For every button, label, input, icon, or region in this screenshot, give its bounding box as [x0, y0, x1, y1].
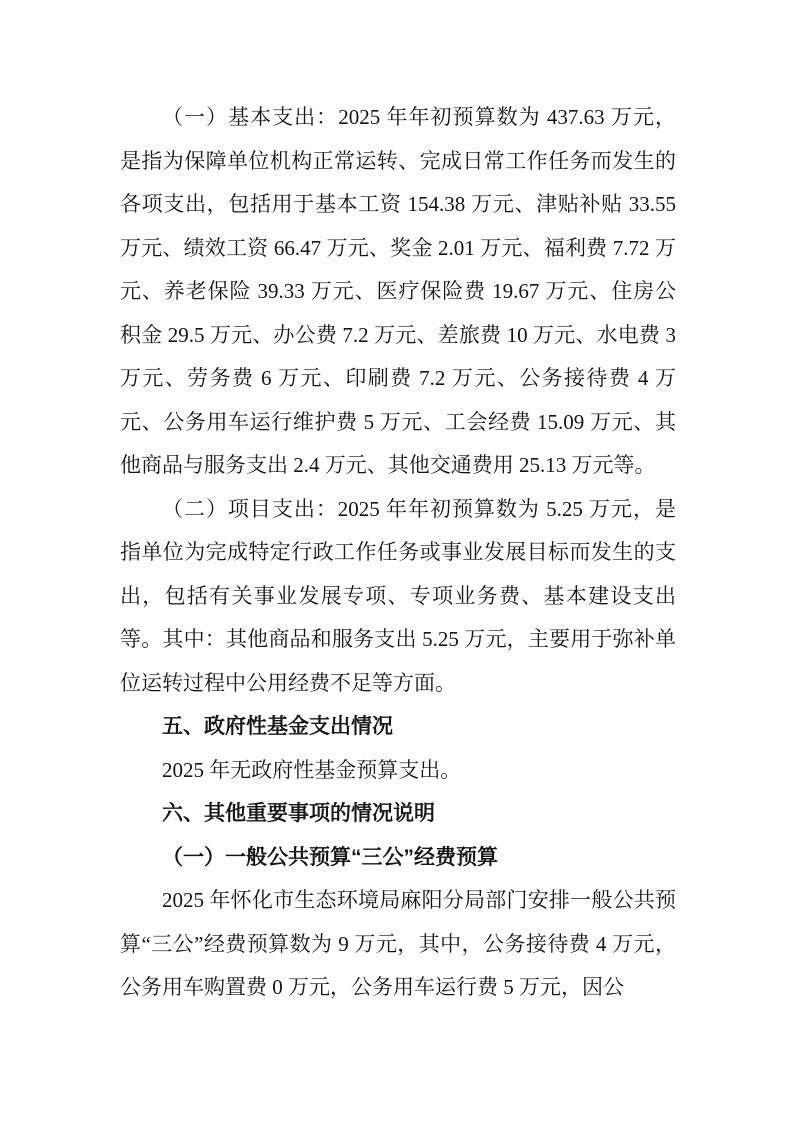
document-page: （一）基本支出：2025 年年初预算数为 437.63 万元，是指为保障单位机构… — [0, 0, 793, 1122]
heading-section-6-other-important-matters: 六、其他重要事项的情况说明 — [120, 792, 676, 836]
document-content: （一）基本支出：2025 年年初预算数为 437.63 万元，是指为保障单位机构… — [120, 96, 676, 1010]
paragraph-no-government-fund-budget: 2025 年无政府性基金预算支出。 — [120, 749, 676, 793]
heading-three-public-funds-budget: （一）一般公共预算“三公”经费预算 — [120, 836, 676, 880]
paragraph-project-expenditure: （二）项目支出：2025 年年初预算数为 5.25 万元，是指单位为完成特定行政… — [120, 488, 676, 706]
paragraph-basic-expenditure: （一）基本支出：2025 年年初预算数为 437.63 万元，是指为保障单位机构… — [120, 96, 676, 488]
heading-section-5-government-fund-expenditure: 五、政府性基金支出情况 — [120, 705, 676, 749]
paragraph-three-public-funds-detail: 2025 年怀化市生态环境局麻阳分局部门安排一般公共预算“三公”经费预算数为 9… — [120, 879, 676, 1010]
